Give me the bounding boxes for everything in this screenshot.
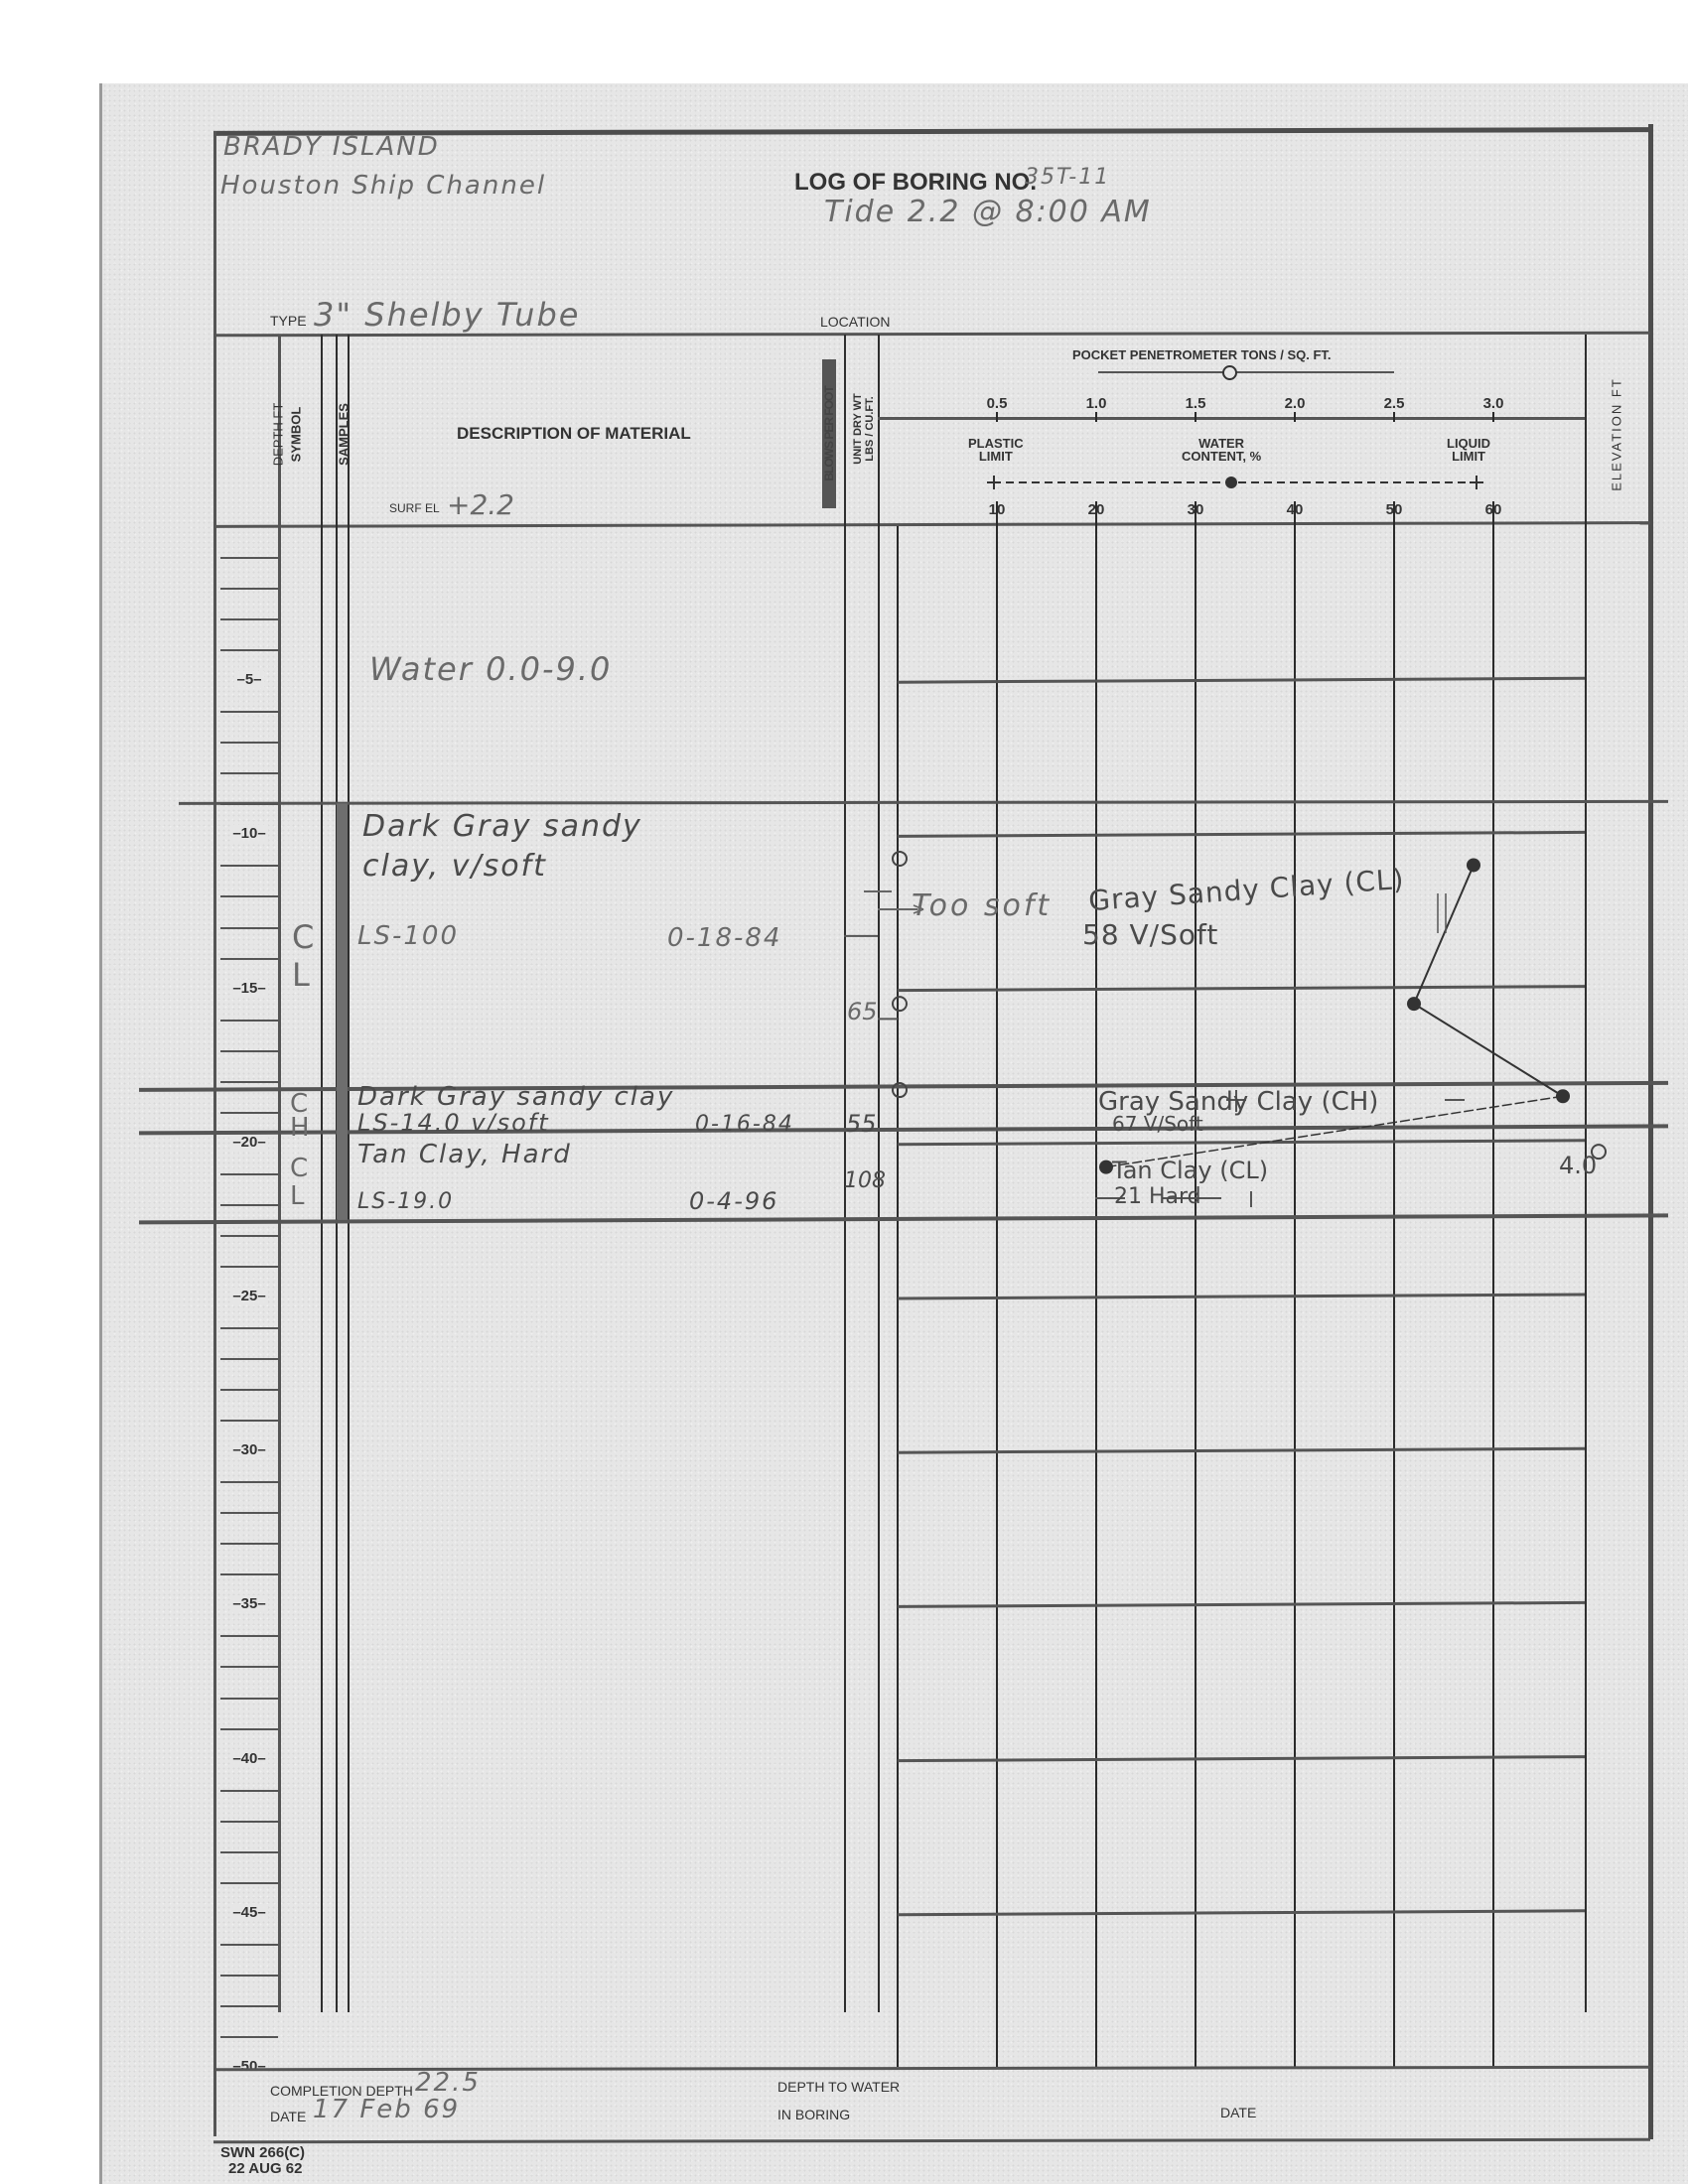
form-date: 22 AUG 62	[228, 2160, 302, 2177]
water-content-trend-line	[1414, 865, 1563, 1096]
grid-horizontal-line	[898, 678, 1585, 682]
stratum-boundary-line	[139, 1215, 1668, 1222]
stratum-2-description-line1: Dark Gray sandy clay	[357, 1082, 674, 1112]
stratum-1-sample-ref: LS-100	[357, 921, 459, 951]
grid-horizontal-line	[898, 1911, 1585, 1915]
depth-to-water-label: DEPTH TO WATER	[777, 2079, 900, 2095]
grid-horizontal-line	[898, 1602, 1585, 1606]
penetrometer-point-icon	[893, 852, 907, 866]
stratum-3-symbol: CL	[290, 1155, 308, 1210]
water-content-point-icon	[1407, 997, 1421, 1011]
stratum-water-description: Water 0.0-9.0	[369, 650, 612, 688]
in-boring-label: IN BORING	[777, 2107, 850, 2122]
too-soft-arrow-icon	[864, 891, 917, 909]
stratum-3-sample-code: 0-4-96	[689, 1187, 778, 1215]
stratum-1-symbol: CL	[292, 918, 314, 994]
water-content-dot-icon	[1225, 477, 1237, 488]
grid-horizontal-line	[898, 1757, 1585, 1761]
stratum-1-sample-code: 0-18-84	[667, 923, 781, 953]
stratum-2-unit-weight: 55	[846, 1110, 877, 1138]
penetrometer-note-4-0: 4.0	[1559, 1152, 1597, 1179]
lab-note-3-line2: 21 Hard	[1114, 1184, 1201, 1209]
grid-horizontal-line	[898, 1141, 1585, 1145]
liquid-limit-plus-icon	[1470, 476, 1483, 489]
water-content-point-icon	[1467, 858, 1480, 872]
lab-note-2-line2: 67 V/Soft	[1112, 1112, 1203, 1136]
grid-horizontal-line	[898, 987, 1585, 991]
water-date-label: DATE	[1220, 2105, 1256, 2120]
stratum-1-description-line2: clay, v/soft	[362, 849, 547, 884]
water-content-point-icon	[1099, 1160, 1113, 1174]
field-note-too-soft: Too soft	[912, 888, 1052, 923]
stratum-1-description-line1: Dark Gray sandy	[362, 809, 642, 844]
stratum-2-description-line2: LS-14.0 v/soft	[357, 1109, 550, 1137]
grid-horizontal-line	[898, 832, 1585, 836]
stratum-3-description-line2: LS-19.0	[357, 1189, 454, 1214]
penetrometer-point-icon	[893, 997, 907, 1011]
completion-date-label: DATE	[270, 2109, 306, 2124]
stratum-2-sample-code: 0-16-84	[695, 1112, 794, 1137]
completion-depth-value: 22.5	[415, 2068, 481, 2098]
completion-date-value: 17 Feb 69	[313, 2095, 460, 2124]
grid-horizontal-line	[898, 1448, 1585, 1452]
liquid-limit-hand-ticks	[1438, 893, 1446, 933]
stratum-2-symbol: CH	[290, 1092, 310, 1140]
stratum-3-description-line1: Tan Clay, Hard	[357, 1140, 572, 1169]
grid-horizontal-line	[898, 1295, 1585, 1298]
form-id: SWN 266(C)	[220, 2144, 305, 2161]
lab-note-3-line1: Tan Clay (CL)	[1112, 1157, 1268, 1184]
water-content-point-icon	[1556, 1089, 1570, 1103]
stratum-1-unit-weight: 65	[847, 998, 878, 1025]
plot-area	[0, 0, 1688, 2184]
stratum-3-unit-weight: 108	[844, 1168, 886, 1193]
sample-interval-bar	[337, 803, 348, 1219]
stratum-boundary-line	[179, 801, 1668, 803]
plastic-limit-plus-icon	[987, 476, 1001, 489]
lab-note-1-line2: 58 V/Soft	[1082, 918, 1218, 951]
